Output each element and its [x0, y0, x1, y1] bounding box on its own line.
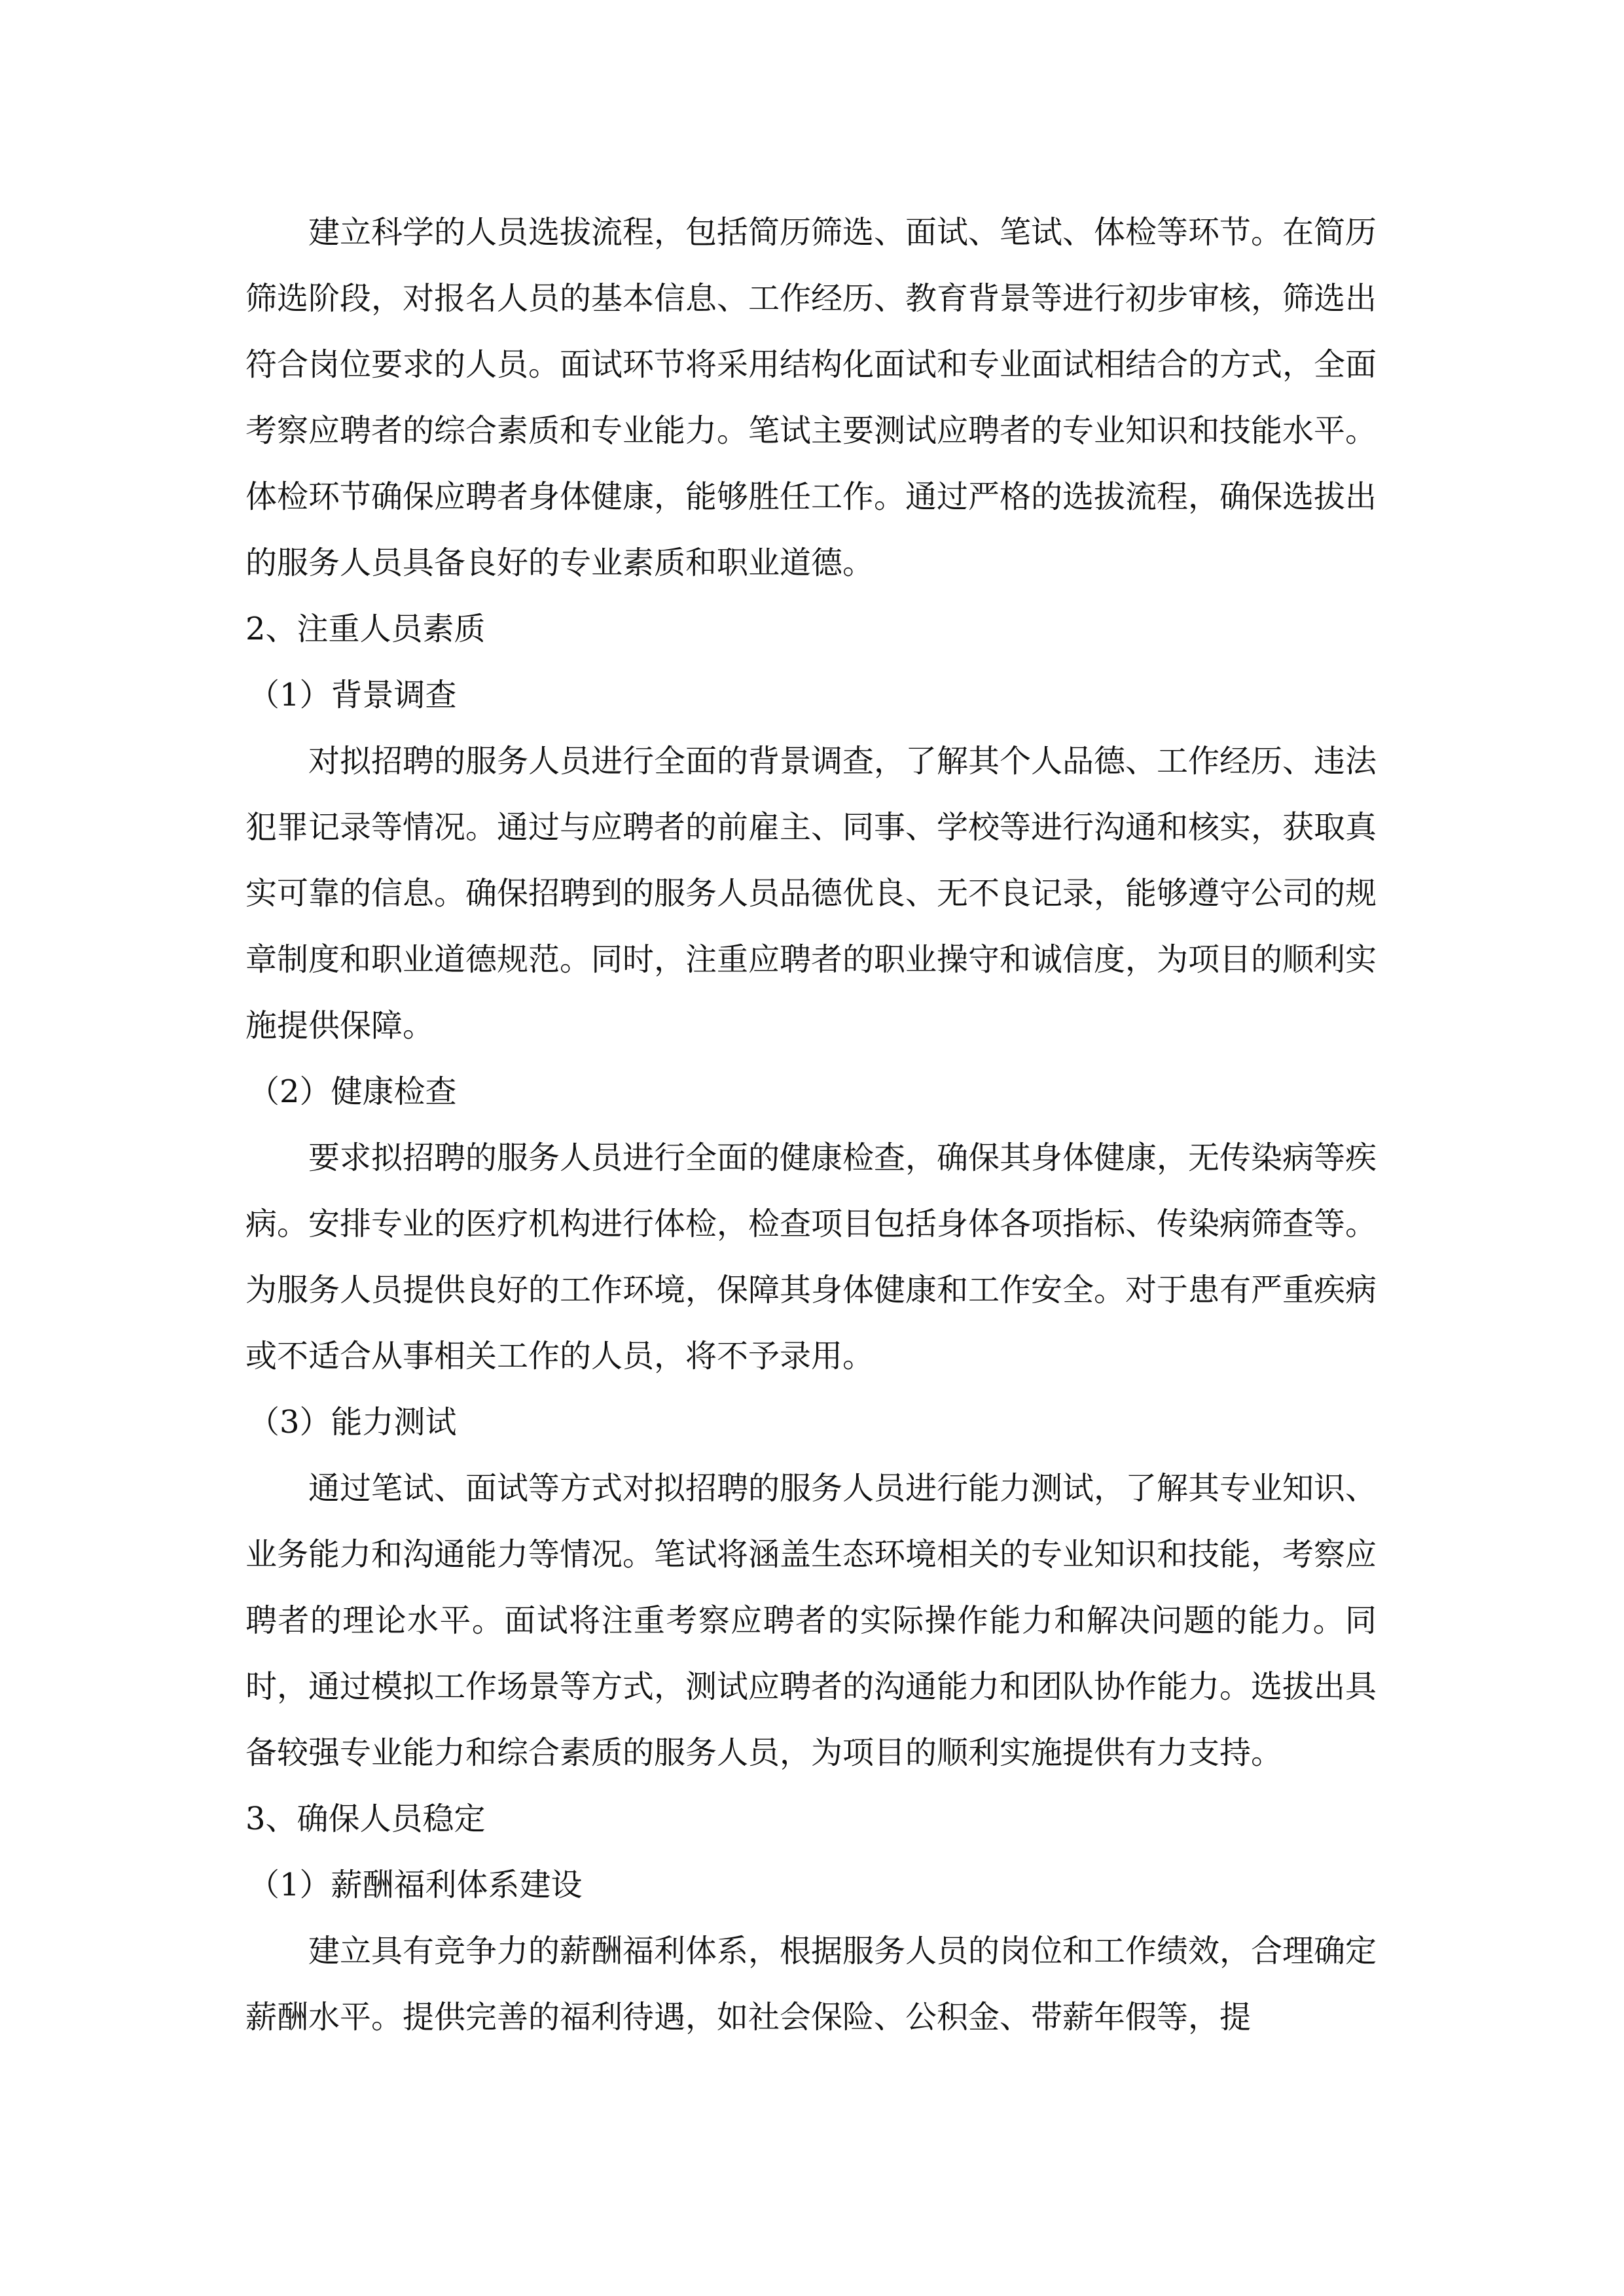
subheading-background-check: （1）背景调查 — [245, 662, 1377, 728]
section-heading-personnel-quality: 2、注重人员素质 — [245, 596, 1377, 662]
subheading-health-check: （2）健康检查 — [245, 1059, 1377, 1125]
paragraph-background-check: 对拟招聘的服务人员进行全面的背景调查，了解其个人品德、工作经历、违法犯罪记录等情… — [245, 728, 1377, 1059]
paragraph-ability-test: 通过笔试、面试等方式对拟招聘的服务人员进行能力测试，了解其专业知识、业务能力和沟… — [245, 1456, 1377, 1786]
paragraph-selection-process: 建立科学的人员选拔流程，包括简历筛选、面试、笔试、体检等环节。在简历筛选阶段，对… — [245, 200, 1377, 596]
document-page: 建立科学的人员选拔流程，包括简历筛选、面试、笔试、体检等环节。在简历筛选阶段，对… — [245, 200, 1377, 2051]
section-heading-personnel-stability: 3、确保人员稳定 — [245, 1786, 1377, 1852]
subheading-compensation-system: （1）薪酬福利体系建设 — [245, 1852, 1377, 1918]
subheading-ability-test: （3）能力测试 — [245, 1390, 1377, 1456]
paragraph-compensation-system: 建立具有竞争力的薪酬福利体系，根据服务人员的岗位和工作绩效，合理确定薪酬水平。提… — [245, 1918, 1377, 2051]
paragraph-health-check: 要求拟招聘的服务人员进行全面的健康检查，确保其身体健康，无传染病等疾病。安排专业… — [245, 1125, 1377, 1390]
